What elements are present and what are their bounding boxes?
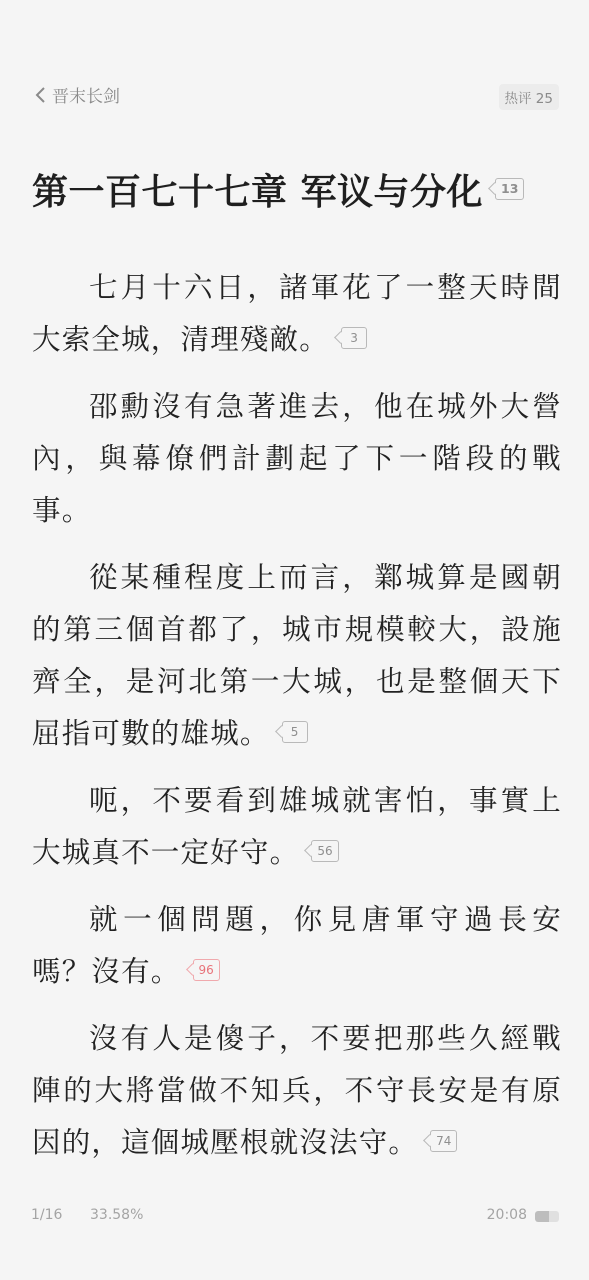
comment-count-badge[interactable]: 56 bbox=[311, 840, 338, 862]
paragraph-text: 沒有人是傻子，不要把那些久經戰陣的大將當做不知兵，不守長安是有原因的，這個城壓根… bbox=[32, 1022, 562, 1159]
comment-count-badge[interactable]: 5 bbox=[282, 721, 308, 743]
hot-comments-button[interactable]: 热评 25 bbox=[499, 84, 559, 110]
status-footer: 1/16 33.58% 20:08 bbox=[0, 1207, 589, 1227]
comment-count-badge[interactable]: 74 bbox=[430, 1130, 457, 1152]
chapter-title-text: 第一百七十七章 军议与分化 bbox=[32, 172, 483, 213]
reading-progress: 33.58% bbox=[90, 1207, 143, 1223]
page-indicator: 1/16 bbox=[31, 1207, 62, 1223]
battery-icon bbox=[535, 1211, 559, 1222]
top-bar: 晋末长剑 热评 25 bbox=[0, 80, 589, 112]
chapter-title: 第一百七十七章 军议与分化13 bbox=[32, 168, 569, 218]
paragraph-text: 邵勳沒有急著進去，他在城外大營內，與幕僚們計劃起了下一階段的戰事。 bbox=[32, 390, 562, 527]
paragraph-text: 七月十六日，諸軍花了一整天時間大索全城，清理殘敵。 bbox=[32, 271, 562, 356]
paragraph-text: 就一個問題，你見唐軍守過長安嗎？沒有。 bbox=[32, 903, 562, 988]
chevron-left-icon bbox=[34, 86, 46, 104]
hot-comment-count-badge[interactable]: 96 bbox=[193, 959, 220, 981]
paragraph: 就一個問題，你見唐軍守過長安嗎？沒有。96 bbox=[32, 894, 562, 998]
comment-count-badge[interactable]: 13 bbox=[495, 178, 524, 200]
back-button[interactable]: 晋末长剑 bbox=[34, 82, 120, 107]
paragraph: 七月十六日，諸軍花了一整天時間大索全城，清理殘敵。3 bbox=[32, 262, 562, 366]
clock: 20:08 bbox=[487, 1207, 527, 1223]
paragraph: 沒有人是傻子，不要把那些久經戰陣的大將當做不知兵，不守長安是有原因的，這個城壓根… bbox=[32, 1013, 562, 1169]
paragraph-text: 呃，不要看到雄城就害怕，事實上大城真不一定好守。 bbox=[32, 784, 562, 869]
chapter-content: 七月十六日，諸軍花了一整天時間大索全城，清理殘敵。3 邵勳沒有急著進去，他在城外… bbox=[32, 262, 562, 1184]
book-title: 晋末长剑 bbox=[52, 82, 120, 107]
paragraph: 邵勳沒有急著進去，他在城外大營內，與幕僚們計劃起了下一階段的戰事。 bbox=[32, 381, 562, 537]
comment-count-badge[interactable]: 3 bbox=[341, 327, 367, 349]
paragraph: 呃，不要看到雄城就害怕，事實上大城真不一定好守。56 bbox=[32, 775, 562, 879]
paragraph: 從某種程度上而言，鄴城算是國朝的第三個首都了，城市規模較大，設施齊全，是河北第一… bbox=[32, 552, 562, 760]
